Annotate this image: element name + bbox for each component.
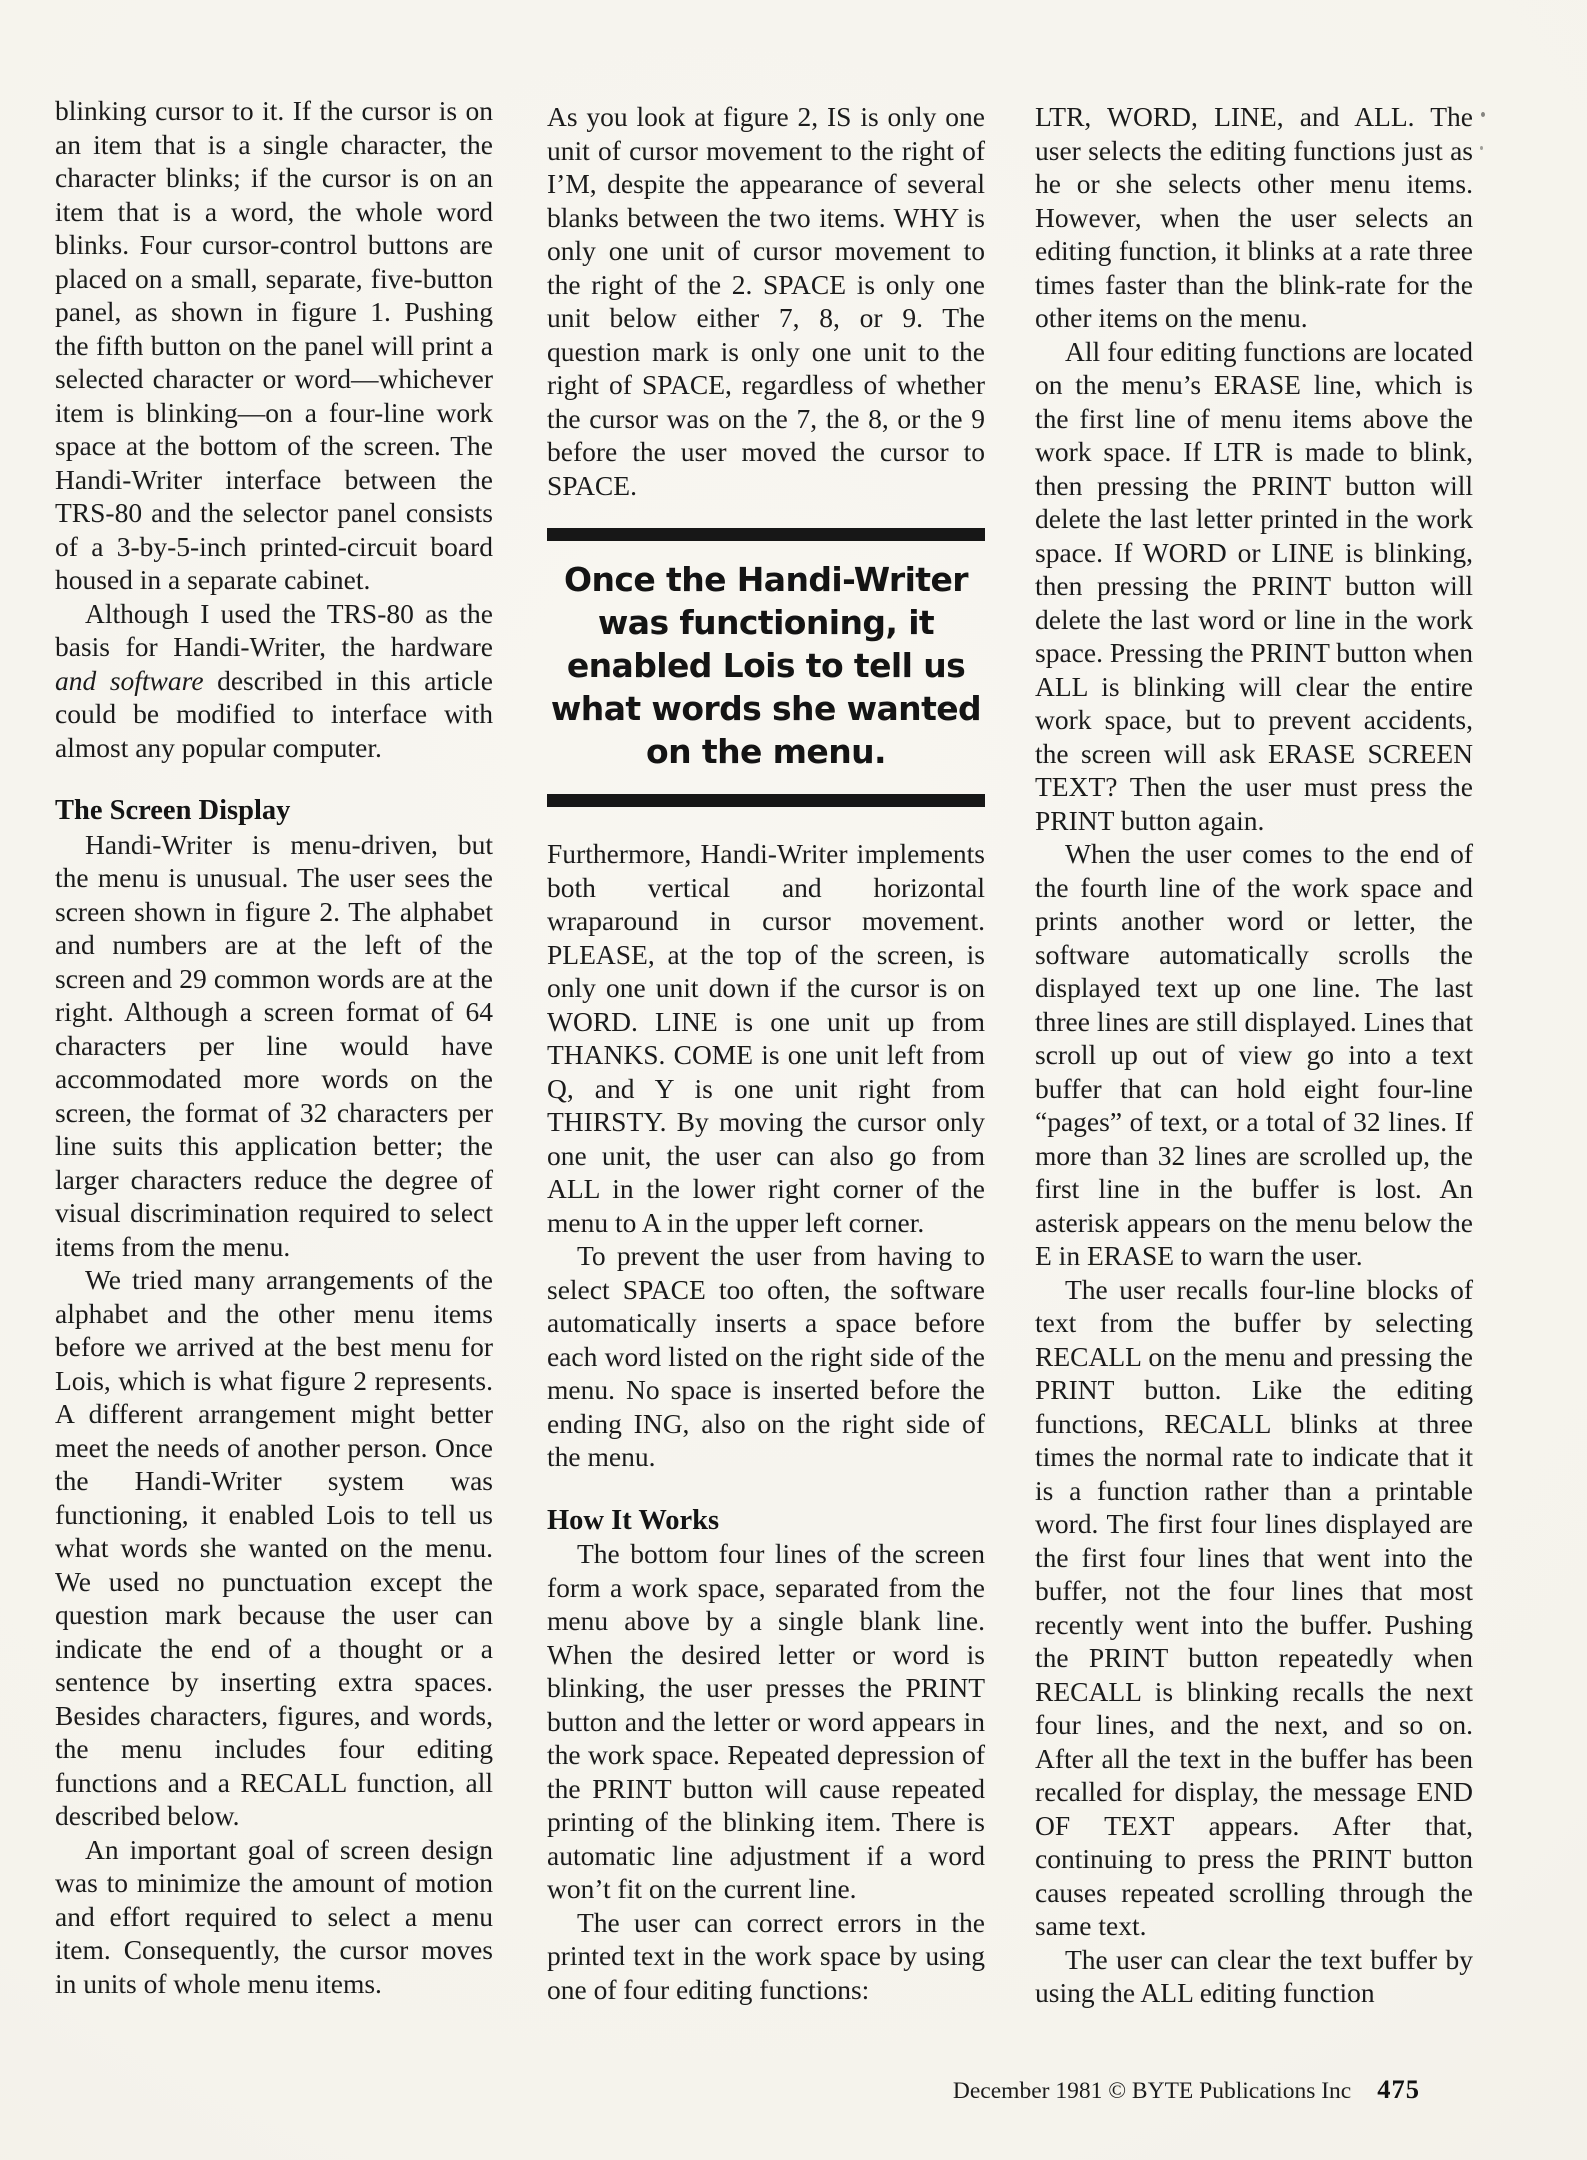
column-2: As you look at figure 2, IS is only one …: [547, 100, 985, 2006]
body-paragraph: The user can correct errors in the print…: [547, 1906, 985, 2007]
scan-speck: [1480, 146, 1483, 150]
scan-speck: [1481, 112, 1485, 117]
page-footer: December 1981 © BYTE Publications Inc 47…: [953, 2074, 1420, 2105]
italic-text: and software: [55, 665, 204, 696]
section-heading-screen-display: The Screen Display: [55, 794, 493, 828]
body-paragraph: An important goal of screen design was t…: [55, 1833, 493, 2001]
page-number: 475: [1377, 2074, 1420, 2105]
column-1: blinking cursor to it. If the cursor is …: [55, 94, 493, 2000]
body-paragraph: We tried many arrangements of the alphab…: [55, 1263, 493, 1833]
body-paragraph: To prevent the user from having to selec…: [547, 1239, 985, 1474]
body-paragraph: When the user comes to the end of the fo…: [1035, 837, 1473, 1273]
body-paragraph: Handi-Writer is menu-driven, but the men…: [55, 828, 493, 1264]
magazine-page: blinking cursor to it. If the cursor is …: [0, 0, 1587, 2160]
body-paragraph: The user recalls four-line blocks of tex…: [1035, 1273, 1473, 1943]
body-paragraph: All four editing functions are located o…: [1035, 335, 1473, 838]
body-paragraph: LTR, WORD, LINE, and ALL. The user selec…: [1035, 100, 1473, 335]
body-paragraph: The bottom four lines of the screen form…: [547, 1537, 985, 1906]
publication-credit: December 1981 © BYTE Publications Inc: [953, 2078, 1351, 2105]
body-paragraph: Although I used the TRS-80 as the basis …: [55, 597, 493, 765]
pull-quote-text: Once the Handi-Writer was functioning, i…: [549, 558, 983, 773]
section-heading-how-it-works: How It Works: [547, 1504, 985, 1538]
body-paragraph: blinking cursor to it. If the cursor is …: [55, 94, 493, 597]
body-paragraph: The user can clear the text buffer by us…: [1035, 1943, 1473, 2010]
pull-quote-box: Once the Handi-Writer was functioning, i…: [547, 528, 985, 807]
body-text: Although I used the TRS-80 as the basis …: [55, 598, 493, 663]
body-paragraph: Furthermore, Handi-Writer implements bot…: [547, 837, 985, 1239]
body-paragraph: As you look at figure 2, IS is only one …: [547, 100, 985, 502]
column-3: LTR, WORD, LINE, and ALL. The user selec…: [1035, 100, 1473, 2010]
